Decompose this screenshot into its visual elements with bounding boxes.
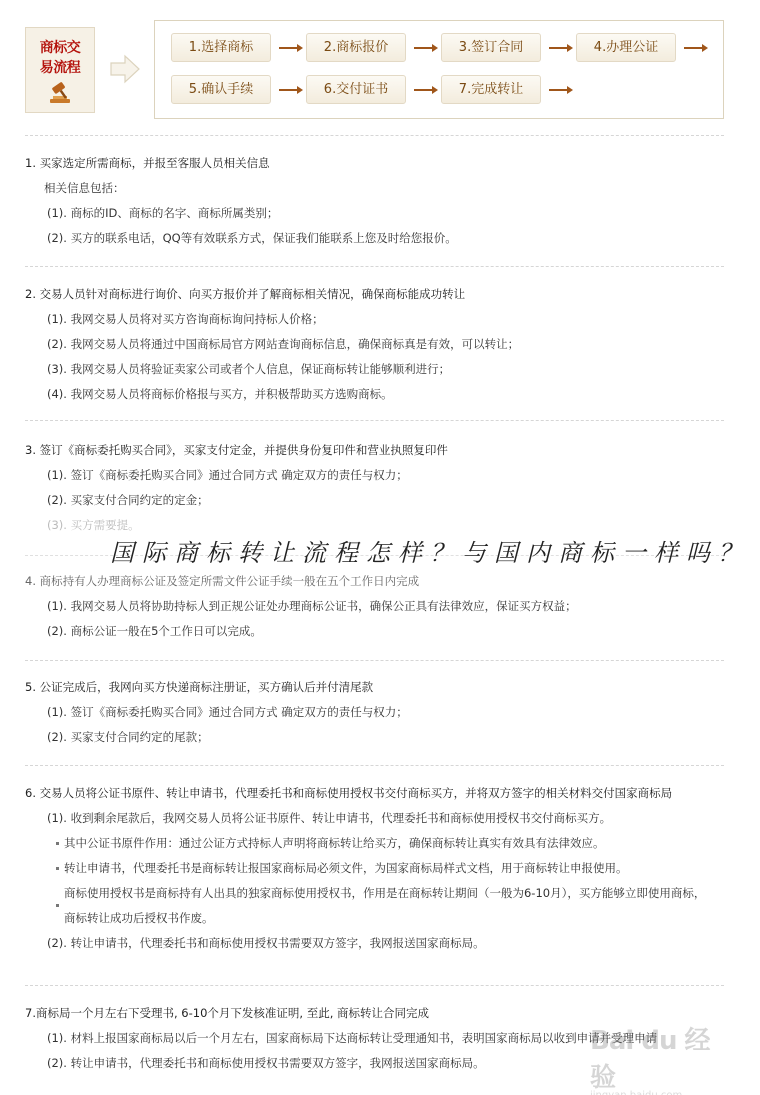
divider bbox=[25, 135, 724, 136]
flow-arrow-icon bbox=[109, 53, 141, 85]
step-6: 6.交付证书 bbox=[306, 75, 406, 104]
bullet-icon bbox=[56, 904, 59, 907]
step-4: 4.办理公证 bbox=[576, 33, 676, 62]
section-1-heading: 1. 买家选定所需商标，并报至客服人员相关信息 bbox=[25, 156, 270, 170]
section-3-item: (3). 买方需要提。 bbox=[47, 518, 140, 532]
watermark-url: jingyan.baidu.com bbox=[590, 1090, 730, 1095]
section-4-item: (2). 商标公证一般在5个工作日可以完成。 bbox=[47, 624, 262, 638]
arrow-right-icon bbox=[414, 86, 438, 94]
watermark-logo: Bai du 经验 bbox=[590, 1020, 730, 1094]
section-6-item: (1). 收到剩余尾款后，我网交易人员将公证书原件、转让申请书，代理委托书和商标… bbox=[47, 811, 611, 825]
bullet-icon bbox=[56, 842, 59, 845]
section-3-heading: 3. 签订《商标委托购买合同》，买家支付定金，并提供身份复印件和营业执照复印件 bbox=[25, 443, 448, 457]
section-2-item: (3). 我网交易人员将验证卖家公司或者个人信息，保证商标转让能够顺利进行； bbox=[47, 362, 450, 376]
section-6-item: (2). 转让申请书，代理委托书和商标使用授权书需要双方签字，我网报送国家商标局… bbox=[47, 936, 485, 950]
gavel-icon bbox=[47, 82, 73, 104]
section-2-item: (1). 我网交易人员将对买方咨询商标询问持标人价格； bbox=[47, 312, 324, 326]
overlay-title: 国际商标转让流程怎样？与国内商标一样吗？ bbox=[110, 533, 750, 568]
section-5-heading: 5. 公证完成后，我网向买方快递商标注册证，买方确认后并付清尾款 bbox=[25, 680, 373, 694]
divider bbox=[25, 985, 724, 986]
section-2-item: (2). 我网交易人员将通过中国商标局官方网站查询商标信息，确保商标真是有效，可… bbox=[47, 337, 519, 351]
divider bbox=[25, 266, 724, 267]
section-7-heading: 7.商标局一个月左右下受理书, 6-10个月下发核准证明, 至此, 商标转让合同… bbox=[25, 1006, 429, 1020]
section-1-subheading: 相关信息包括： bbox=[44, 181, 125, 195]
arrow-right-icon bbox=[279, 44, 303, 52]
section-6-bullet: 商标使用授权书是商标持有人出具的独家商标使用授权书，作用是在商标转让期间（一般为… bbox=[64, 886, 705, 900]
section-4-item: (1). 我网交易人员将协助持标人到正规公证处办理商标公证书，确保公正具有法律效… bbox=[47, 599, 577, 613]
badge-title-line2: 易流程 bbox=[26, 58, 94, 78]
section-7-item: (1). 材料上报国家商标局以后一个月左右，国家商标局下达商标转让受理通知书，表… bbox=[47, 1031, 657, 1045]
section-7-item: (2). 转让申请书，代理委托书和商标使用授权书需要双方签字，我网报送国家商标局… bbox=[47, 1056, 485, 1070]
section-6-bullet-cont: 商标转让成功后授权书作废。 bbox=[64, 911, 214, 925]
flow-badge: 商标交 易流程 bbox=[25, 27, 95, 113]
baidu-watermark: Bai du 经验 jingyan.baidu.com bbox=[590, 1020, 730, 1080]
arrow-right-icon bbox=[684, 44, 708, 52]
step-2: 2.商标报价 bbox=[306, 33, 406, 62]
section-3-item: (1). 签订《商标委托购买合同》通过合同方式 确定双方的责任与权力； bbox=[47, 468, 408, 482]
arrow-right-icon bbox=[549, 44, 573, 52]
section-1-item: (1). 商标的ID、商标的名字、商标所属类别； bbox=[47, 206, 278, 220]
section-6-bullet: 转让申请书，代理委托书是商标转让报国家商标局必须文件，为国家商标局样式文档，用于… bbox=[64, 861, 628, 875]
section-5-item: (2). 买家支付合同约定的尾款； bbox=[47, 730, 209, 744]
section-6-bullet: 其中公证书原件作用：通过公证方式持标人声明将商标转让给买方，确保商标转让真实有效… bbox=[64, 836, 605, 850]
step-1: 1.选择商标 bbox=[171, 33, 271, 62]
arrow-right-icon bbox=[279, 86, 303, 94]
badge-title-line1: 商标交 bbox=[26, 38, 94, 58]
section-3-item: (2). 买家支付合同约定的定金； bbox=[47, 493, 209, 507]
divider bbox=[25, 765, 724, 766]
step-3: 3.签订合同 bbox=[441, 33, 541, 62]
step-7: 7.完成转让 bbox=[441, 75, 541, 104]
section-5-item: (1). 签订《商标委托购买合同》通过合同方式 确定双方的责任与权力； bbox=[47, 705, 408, 719]
section-1-item: (2). 买方的联系电话，QQ等有效联系方式，保证我们能联系上您及时给您报价。 bbox=[47, 231, 457, 245]
arrow-right-icon bbox=[414, 44, 438, 52]
step-5: 5.确认手续 bbox=[171, 75, 271, 104]
section-2-item: (4). 我网交易人员将商标价格报与买方，并积极帮助买方选购商标。 bbox=[47, 387, 393, 401]
section-4-heading: 4. 商标持有人办理商标公证及签定所需文件公证手续一般在五个工作日内完成 bbox=[25, 574, 419, 588]
divider bbox=[25, 660, 724, 661]
divider bbox=[25, 420, 724, 421]
bullet-icon bbox=[56, 867, 59, 870]
section-2-heading: 2. 交易人员针对商标进行询价、向买方报价并了解商标相关情况，确保商标能成功转让 bbox=[25, 287, 465, 301]
arrow-right-icon bbox=[549, 86, 573, 94]
section-6-heading: 6. 交易人员将公证书原件、转让申请书，代理委托书和商标使用授权书交付商标买方，… bbox=[25, 786, 672, 800]
steps-panel: 1.选择商标 2.商标报价 3.签订合同 4.办理公证 5.确认手续 6.交付证… bbox=[154, 20, 724, 119]
